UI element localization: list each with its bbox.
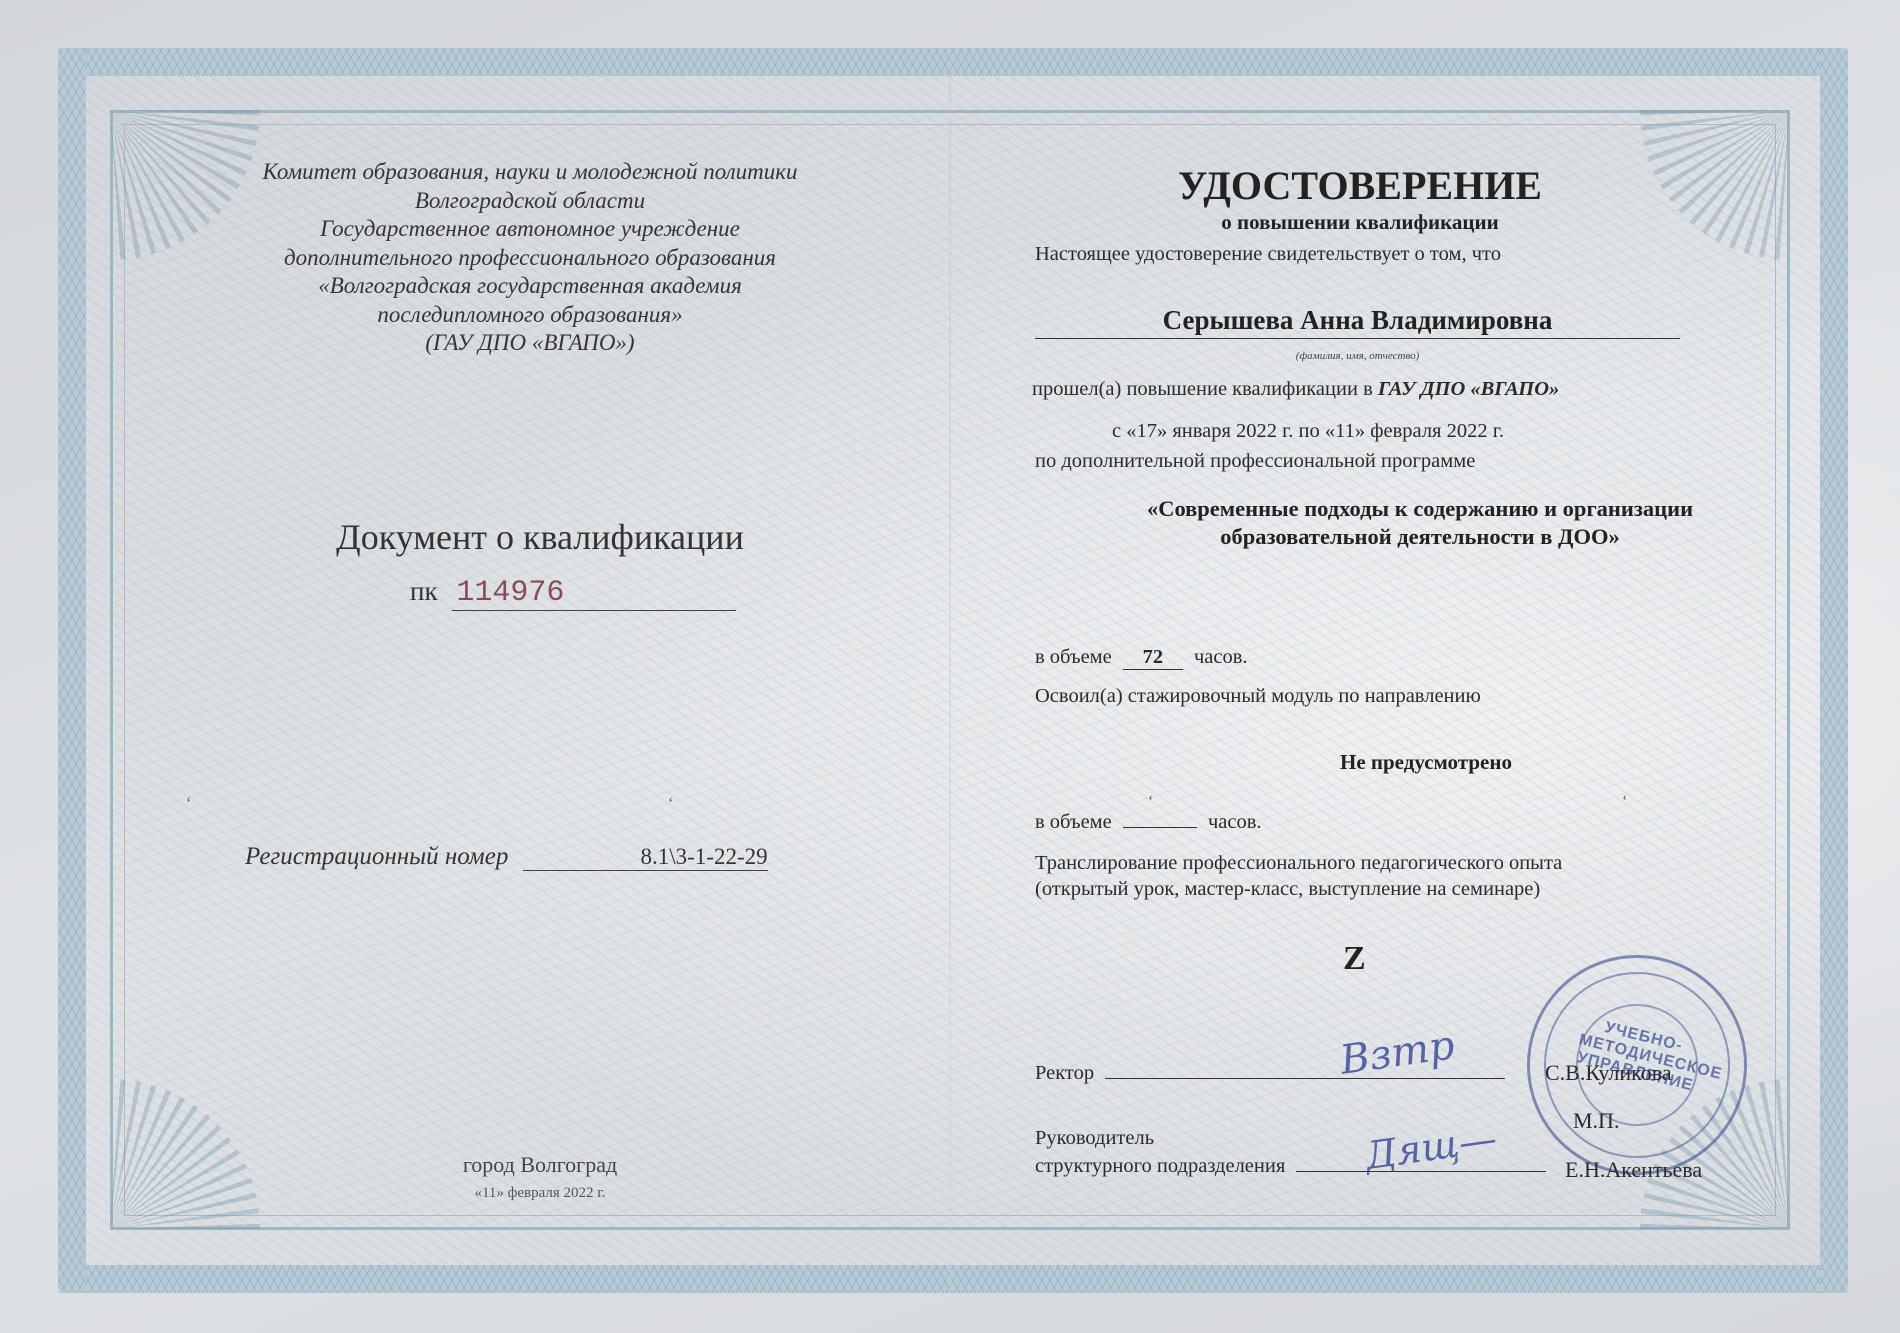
series-number: 114976	[452, 576, 736, 611]
registration-label: Регистрационный номер	[245, 843, 508, 870]
intro-text: Настоящее удостоверение свидетельствует …	[1035, 243, 1501, 266]
tick-mark: ‘	[1148, 793, 1153, 811]
head-label: Руководитель	[1035, 1127, 1154, 1150]
issuer-line: (ГАУ ДПО «ВГАПО»)	[180, 329, 880, 358]
internship-hours-value	[1123, 827, 1197, 828]
page-fold	[949, 48, 951, 1293]
issuer-line: Волгоградской области	[180, 187, 880, 216]
internship-hours-label: в объеме	[1035, 811, 1112, 833]
broadcast-value: Z	[1343, 940, 1366, 978]
rector-signature-line	[1105, 1078, 1505, 1079]
program-title: «Современные подходы к содержанию и орга…	[1080, 495, 1760, 551]
registration-number: 8.1\3-1-22-29	[523, 844, 768, 871]
issuer-line: дополнительного профессионального образо…	[180, 244, 880, 273]
issuer-line: Комитет образования, науки и молодежной …	[180, 158, 880, 187]
internship-hours-row: в объеме часов.	[1035, 811, 1262, 834]
tick-mark: ‘	[186, 795, 191, 813]
registration-row: Регистрационный номер 8.1\3-1-22-29	[245, 843, 768, 871]
broadcast-line: (открытый урок, мастер-класс, выступлени…	[1035, 878, 1540, 901]
seal-label: М.П.	[1573, 1108, 1619, 1134]
rector-name: С.В.Куликова	[1545, 1060, 1672, 1086]
head-name: Е.Н.Акентьева	[1565, 1157, 1702, 1183]
head-signature-line	[1296, 1171, 1546, 1172]
program-title-line: «Современные подходы к содержанию и орга…	[1080, 495, 1760, 523]
certificate-title: УДОСТОВЕРЕНИЕ	[1130, 162, 1590, 209]
document-title: Документ о квалификации	[280, 516, 800, 558]
head-label-line2: структурного подразделения	[1035, 1155, 1285, 1177]
issuer-line: Государственное автономное учреждение	[180, 215, 880, 244]
series-label: пк	[410, 576, 438, 606]
internship-intro: Освоил(а) стажировочный модуль по направ…	[1035, 685, 1481, 708]
city: город Волгоград	[420, 1152, 660, 1178]
institution-name: ГАУ ДПО «ВГАПО»	[1378, 378, 1559, 400]
hours-unit: часов.	[1194, 646, 1248, 668]
series-row: пк 114976	[410, 576, 736, 611]
hours-row: в объеме 72 часов.	[1035, 646, 1248, 670]
rector-label: Ректор	[1035, 1062, 1094, 1084]
hours-value: 72	[1123, 646, 1183, 670]
issuer-header: Комитет образования, науки и молодежной …	[180, 158, 880, 358]
certificate-subtitle: о повышении квалификации	[1130, 210, 1590, 235]
program-title-line: образовательной деятельности в ДОО»	[1080, 523, 1760, 551]
name-caption: (фамилия, имя, отчество)	[1035, 350, 1680, 362]
issue-date: «11» февраля 2022 г.	[420, 1185, 660, 1202]
passed-line: прошел(а) повышение квалификации в ГАУ Д…	[1032, 378, 1559, 401]
internship-value: Не предусмотрено	[1340, 750, 1512, 775]
holder-name: Серышева Анна Владимировна	[1035, 305, 1680, 339]
issuer-line: последипломного образования»	[180, 301, 880, 330]
study-period: с «17» января 2022 г. по «11» февраля 20…	[1112, 420, 1504, 443]
hours-label: в объеме	[1035, 646, 1112, 668]
tick-mark: ‘	[1622, 793, 1627, 811]
passed-prefix: прошел(а) повышение квалификации в	[1032, 378, 1373, 400]
broadcast-line: Транслирование профессионального педагог…	[1035, 852, 1562, 875]
internship-hours-unit: часов.	[1208, 811, 1262, 833]
tick-mark: ‘	[668, 795, 673, 813]
issuer-line: «Волгоградская государственная академия	[180, 272, 880, 301]
program-intro: по дополнительной профессиональной прогр…	[1035, 450, 1475, 473]
